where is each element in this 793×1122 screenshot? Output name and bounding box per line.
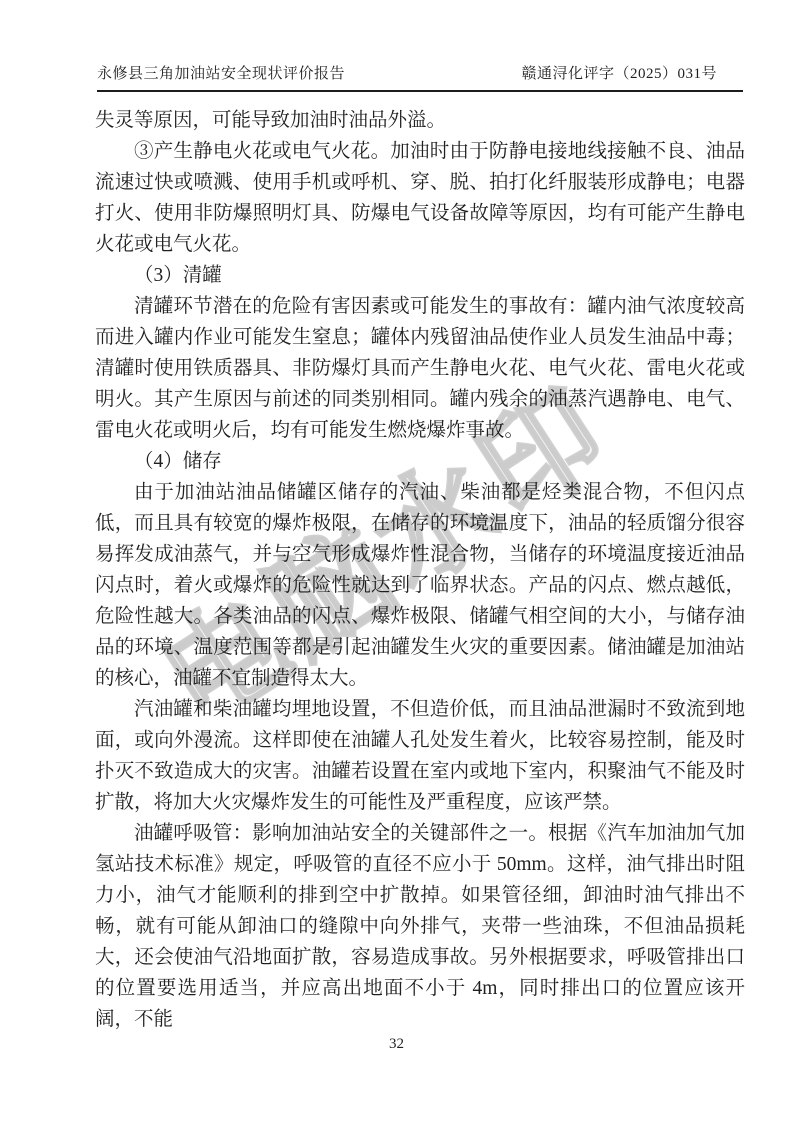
paragraph: ③产生静电火花或电气火花。加油时由于防静电接地线接触不良、油品流速过快或喷溅、使… <box>95 136 745 260</box>
paragraph: 油罐呼吸管：影响加油站安全的关键部件之一。根据《汽车加油加气加氢站技术标准》规定… <box>95 818 745 1035</box>
paragraph: 清罐环节潜在的危险有害因素或可能发生的事故有：罐内油气浓度较高而进入罐内作业可能… <box>95 291 745 446</box>
document-page: 电脑水印 永修县三角加油站安全现状评价报告 赣通浔化评字（2025）031号 失… <box>0 0 793 1122</box>
header-doc-number: 赣通浔化评字（2025）031号 <box>521 62 717 83</box>
paragraph: （3）清罐 <box>95 260 745 291</box>
paragraph: 汽油罐和柴油罐均埋地设置，不但造价低，而且油品泄漏时不致流到地面，或向外漫流。这… <box>95 694 745 818</box>
page-footer: 32 <box>0 1036 793 1053</box>
paragraph: 失灵等原因，可能导致加油时油品外溢。 <box>95 105 745 136</box>
document-body: 失灵等原因，可能导致加油时油品外溢。③产生静电火花或电气火花。加油时由于防静电接… <box>95 105 745 1035</box>
paragraph: 由于加油站油品储罐区储存的汽油、柴油都是烃类混合物，不但闪点低，而且具有较宽的爆… <box>95 477 745 694</box>
header-report-title: 永修县三角加油站安全现状评价报告 <box>97 62 345 83</box>
paragraph: （4）储存 <box>95 446 745 477</box>
page-header: 永修县三角加油站安全现状评价报告 赣通浔化评字（2025）031号 <box>97 62 743 92</box>
page-number: 32 <box>389 1036 404 1052</box>
